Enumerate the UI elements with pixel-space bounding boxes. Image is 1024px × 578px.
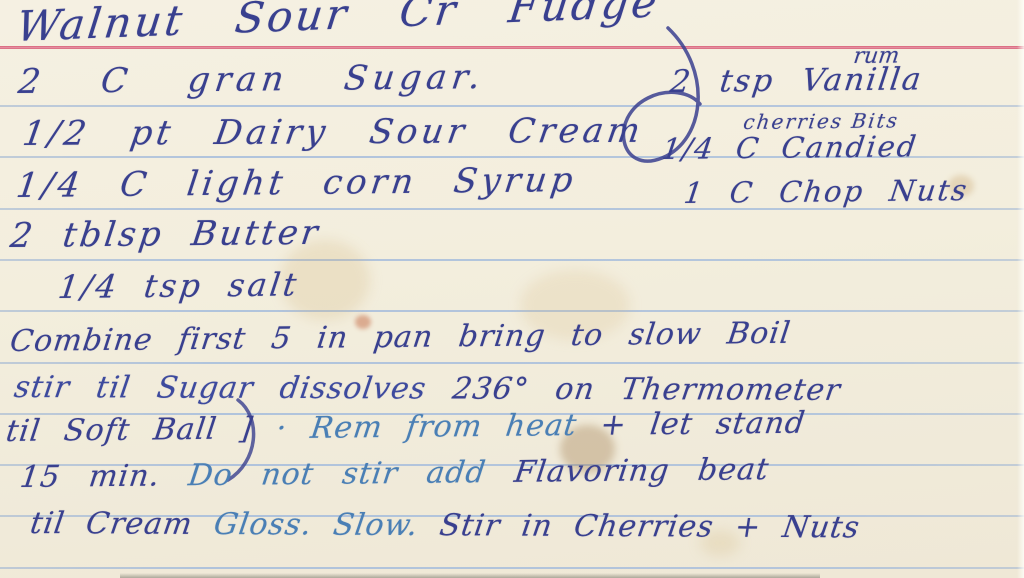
instruction-segment: til Soft Ball ] <box>4 411 279 449</box>
scan-edge-right <box>1017 0 1024 578</box>
instruction-line: Combine first 5 in pan bring to slow Boi… <box>8 316 793 359</box>
ingredient-line: 2 tsp Vanilla <box>668 61 925 100</box>
stain <box>700 530 740 556</box>
ingredient-annotation: rum <box>852 44 901 69</box>
instruction-line: 15 min. Do not stir add Flavoring beat <box>18 452 771 495</box>
instruction-segment: til Cream <box>28 506 217 542</box>
ingredient-line: 1/4 C light corn Syrup <box>14 160 579 206</box>
ruled-line <box>0 362 1024 364</box>
ingredient-line: 1 C Chop Nuts <box>682 173 971 210</box>
ingredient-line: 2 tblsp Butter <box>8 213 323 256</box>
ingredient-line: 1/2 pt Dairy Sour Cream <box>20 111 647 154</box>
instruction-segment: Do not stir add <box>186 455 516 493</box>
instruction-segment: Stir in Cherries + Nuts <box>437 508 862 545</box>
ruled-line <box>0 464 1024 466</box>
ink-flourish-strokes <box>0 0 1024 578</box>
ruled-line <box>0 105 1024 107</box>
instruction-segment: Flavoring beat <box>512 452 771 490</box>
ruled-line <box>0 156 1024 158</box>
instruction-segment: stir til Sugar dissolves <box>12 370 455 407</box>
ingredient-line: 1/4 tsp salt <box>56 265 301 306</box>
instruction-segment: Combine first 5 in pan bring to slow Boi… <box>8 316 793 359</box>
stain <box>948 175 974 197</box>
instruction-segment: Gloss. Slow. <box>212 507 443 543</box>
instruction-line: til Cream Gloss. Slow. Stir in Cherries … <box>28 506 862 545</box>
ruled-line <box>0 310 1024 312</box>
ruled-line <box>0 259 1024 261</box>
instruction-line: til Soft Ball ] · Rem from heat + let st… <box>4 406 808 449</box>
scan-edge-bottom <box>120 573 820 578</box>
stain <box>280 240 370 320</box>
ingredient-line: 1/4 C Candied <box>660 129 920 166</box>
ruled-line <box>0 413 1024 415</box>
ruled-line <box>0 567 1024 569</box>
recipe-card: Walnut Sour Cr Fudge 2 C gran Sugar. 1/2… <box>0 0 1024 578</box>
instruction-segment: · Rem from heat <box>274 408 602 446</box>
recipe-title: Walnut Sour Cr Fudge <box>14 0 663 51</box>
ruled-line <box>0 515 1024 517</box>
stain <box>520 270 630 340</box>
ingredient-annotation: cherries Bits <box>742 108 901 134</box>
ruled-line <box>0 208 1024 210</box>
stain <box>560 425 615 473</box>
instruction-line: stir til Sugar dissolves 236° on Thermom… <box>12 370 843 408</box>
instruction-segment: 236° on Thermometer <box>450 372 843 408</box>
stain <box>355 315 371 329</box>
red-rule-line <box>0 46 1024 49</box>
instruction-segment: + let stand <box>598 406 807 443</box>
ingredient-line: 2 C gran Sugar. <box>16 57 488 102</box>
instruction-segment: 15 min. <box>18 458 191 495</box>
